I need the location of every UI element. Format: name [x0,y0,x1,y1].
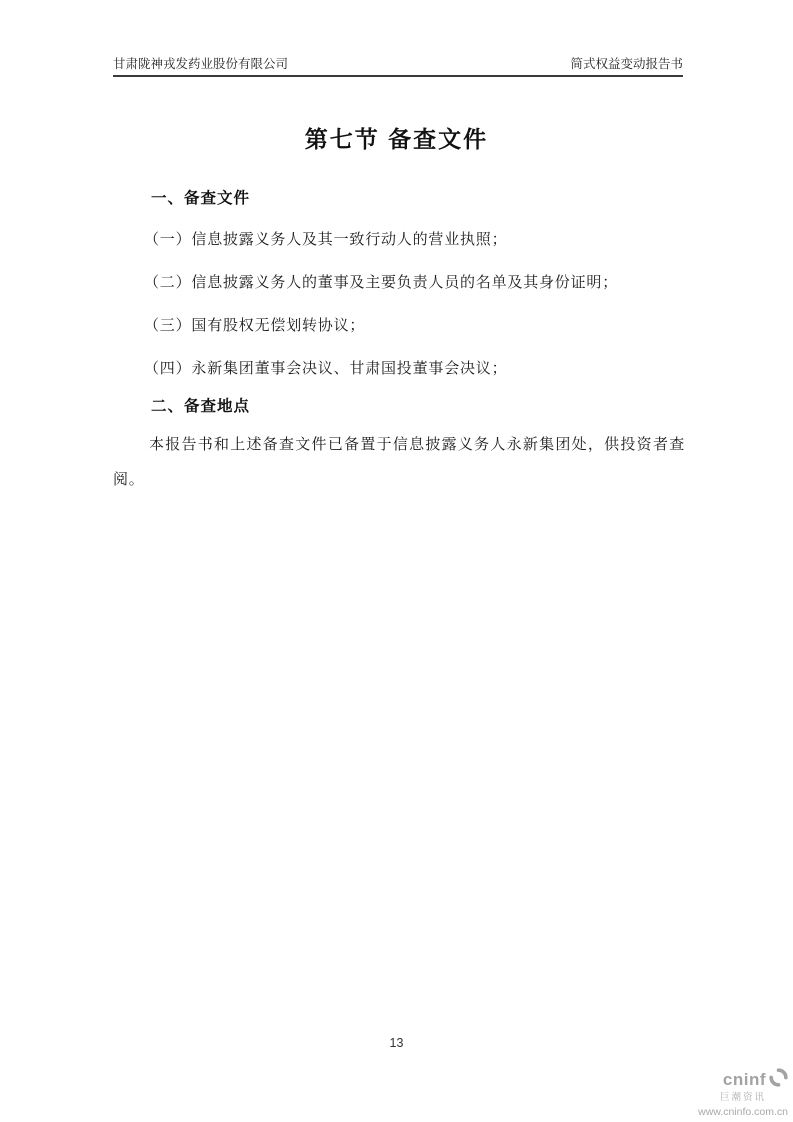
heading-inspection-location: 二、备查地点 [151,394,250,416]
logo-brand-row: cninf [698,1068,788,1092]
page-number: 13 [0,1036,793,1050]
cninfo-url: www.cninfo.com.cn [698,1106,788,1118]
list-item: （三）国有股权无偿划转协议； [144,314,365,335]
body-paragraph: 本报告书和上述备查文件已备置于信息披露义务人永新集团处，供投资者查阅。 [113,428,685,498]
header-company-name: 甘肃陇神戎发药业股份有限公司 [113,54,288,72]
list-item: （一）信息披露义务人及其一致行动人的营业执照； [144,228,507,249]
section-title: 第七节 备查文件 [0,121,793,154]
cninfo-logo-text: cninf [723,1070,766,1090]
header-report-name: 简式权益变动报告书 [570,54,683,72]
cninfo-swirl-icon [769,1068,788,1092]
list-item: （四）永新集团董事会决议、甘肃国投董事会决议； [144,357,507,378]
document-page: 甘肃陇神戎发药业股份有限公司 简式权益变动报告书 第七节 备查文件 一、备查文件… [0,0,793,1122]
heading-documents-available: 一、备查文件 [151,186,250,208]
cninfo-watermark: cninf 巨潮资讯 www.cninfo.com.cn [698,1068,788,1118]
list-item: （二）信息披露义务人的董事及主要负责人员的名单及其身份证明； [144,271,618,292]
cninfo-chinese-name: 巨潮资讯 [698,1093,766,1104]
page-header: 甘肃陇神戎发药业股份有限公司 简式权益变动报告书 [113,54,683,77]
